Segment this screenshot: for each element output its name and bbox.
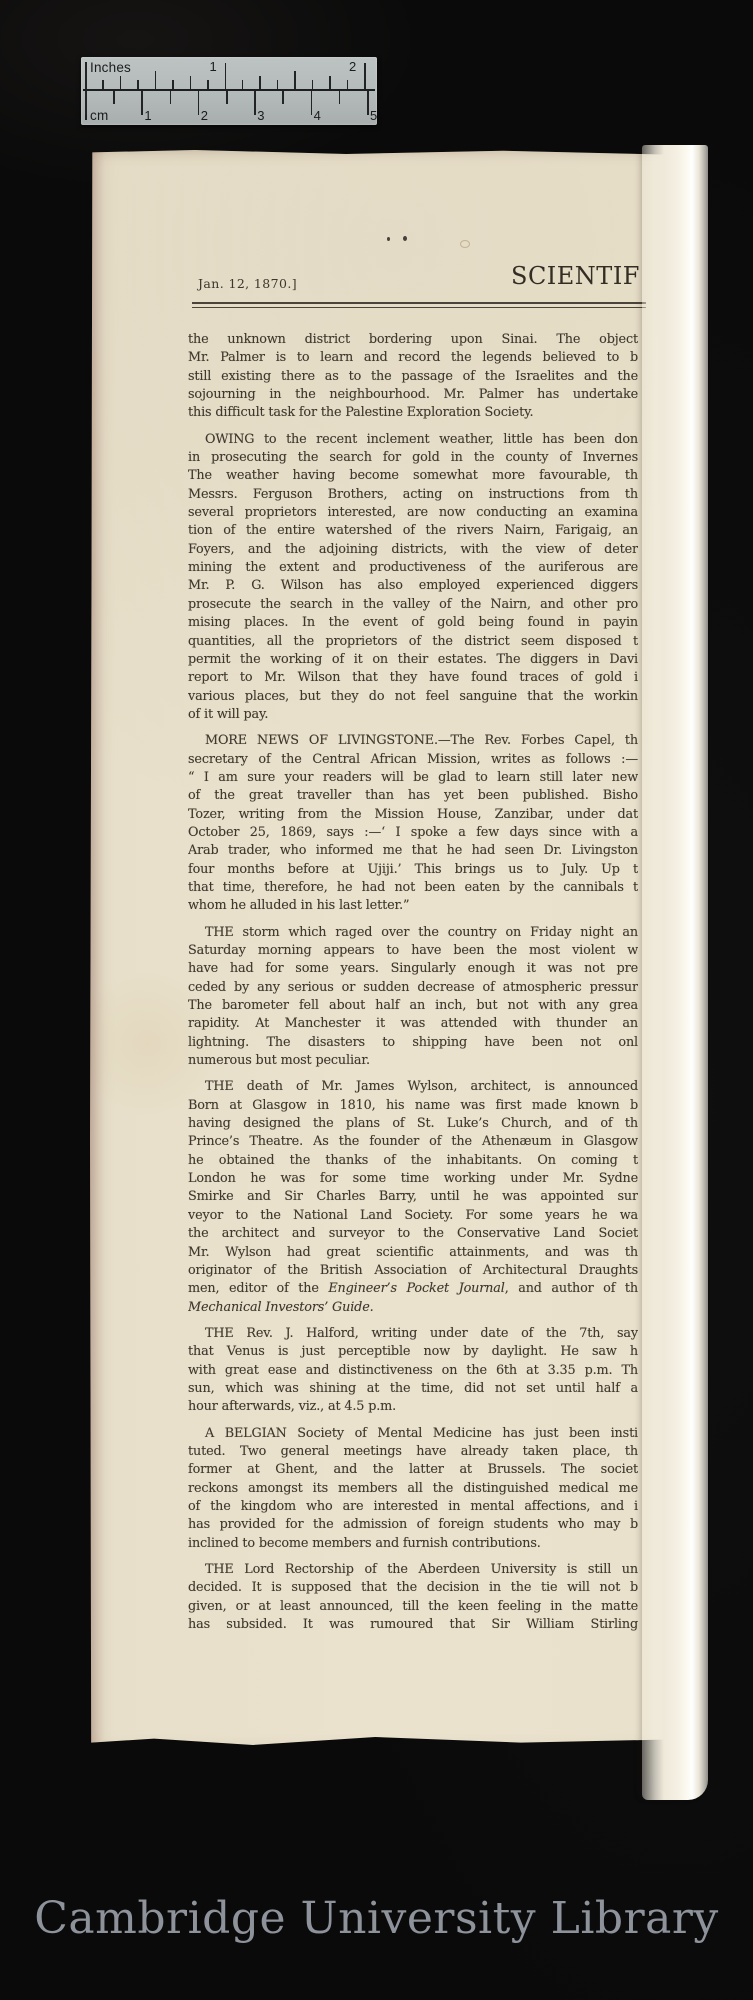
text-line: in prosecuting the search for gold in th…	[188, 449, 638, 467]
text-line: THE storm which raged over the country o…	[188, 924, 638, 942]
header-rule-top	[192, 302, 646, 304]
ruler-tick	[198, 91, 200, 115]
text-line: tuted. Two general meetings have already…	[188, 1443, 638, 1461]
text-line: hour afterwards, viz., at 4.5 p.m.	[188, 1398, 638, 1416]
paragraph: THE storm which raged over the country o…	[188, 924, 638, 1071]
text-line: inclined to become members and furnish c…	[188, 1535, 638, 1553]
text-line: he obtained the thanks of the inhabitant…	[188, 1152, 638, 1170]
text-line: Messrs. Ferguson Brothers, acting on ins…	[188, 486, 638, 504]
ruler-tick	[226, 91, 228, 104]
text-line: that time, therefore, he had not been ea…	[188, 879, 638, 897]
text-line: of the great traveller than has yet been…	[188, 787, 638, 805]
measurement-ruler: Inches 12 cm 12345	[81, 57, 377, 125]
text-line: several proprietors interested, are now …	[188, 504, 638, 522]
paragraph: THE death of Mr. James Wylson, architect…	[188, 1078, 638, 1316]
text-line: Arab trader, who informed me that he had…	[188, 842, 638, 860]
text-line: Foyers, and the adjoining districts, wit…	[188, 541, 638, 559]
ruler-inches-label: Inches	[90, 60, 131, 75]
text-line: MORE NEWS OF LIVINGSTONE.—The Rev. Forbe…	[188, 732, 638, 750]
text-line: four months before at Ujiji.’ This bring…	[188, 861, 638, 879]
text-line: decided. It is supposed that the decisio…	[188, 1579, 638, 1597]
ruler-tick	[254, 91, 256, 115]
text-line: men, editor of the Engineer’s Pocket Jou…	[188, 1280, 638, 1298]
ink-speck	[387, 237, 390, 241]
ruler-cm-ticks: cm 12345	[81, 91, 377, 125]
book-fore-edge	[642, 145, 708, 1800]
ruler-tick	[120, 76, 122, 89]
ruler-tick	[311, 91, 313, 115]
ruler-tick	[329, 76, 331, 89]
text-line: of the kingdom who are interested in men…	[188, 1498, 638, 1516]
text-line: Mr. Palmer is to learn and record the le…	[188, 349, 638, 367]
ruler-tick	[155, 71, 157, 89]
ruler-tick	[367, 91, 369, 115]
journal-masthead-title: SCIENTIF	[511, 262, 640, 290]
ruler-inch-number: 1	[210, 59, 217, 74]
ruler-tick	[85, 63, 87, 89]
text-line: reckons amongst its members all the dist…	[188, 1480, 638, 1498]
text-line: London he was for some time working unde…	[188, 1170, 638, 1188]
text-line: THE Rev. J. Halford, writing under date …	[188, 1325, 638, 1343]
text-line: Smirke and Sir Charles Barry, until he w…	[188, 1188, 638, 1206]
page-header-date: Jan. 12, 1870.]	[198, 276, 297, 291]
text-line: having designed the plans of St. Luke’s …	[188, 1115, 638, 1133]
ruler-cm-number: 1	[144, 108, 151, 123]
text-line: various places, but they do not feel san…	[188, 688, 638, 706]
ruler-tick	[113, 91, 115, 104]
text-line: ceded by any serious or sudden decrease …	[188, 979, 638, 997]
paragraph: THE Lord Rectorship of the Aberdeen Univ…	[188, 1561, 638, 1634]
text-line: October 25, 1869, says :—‘ I spoke a few…	[188, 824, 638, 842]
text-line: rapidity. At Manchester it was attended …	[188, 1015, 638, 1033]
text-line: numerous but most peculiar.	[188, 1052, 638, 1070]
text-segment: , and author of th	[505, 1281, 638, 1296]
text-line: whom he alluded in his last letter.”	[188, 897, 638, 915]
text-line: report to Mr. Wilson that they have foun…	[188, 669, 638, 687]
ruler-tick	[141, 91, 143, 115]
ruler-cm-number: 2	[201, 108, 208, 123]
text-line: secretary of the Central African Mission…	[188, 751, 638, 769]
text-line: sojourning in the neighbourhood. Mr. Pal…	[188, 386, 638, 404]
text-line: veyor to the National Land Society. For …	[188, 1207, 638, 1225]
paragraph: OWING to the recent inclement weather, l…	[188, 431, 638, 725]
text-line: has provided for the admission of foreig…	[188, 1516, 638, 1534]
text-line: mising places. In the event of gold bein…	[188, 614, 638, 632]
text-line: tion of the entire watershed of the rive…	[188, 522, 638, 540]
text-line: Saturday morning appears to have been th…	[188, 942, 638, 960]
ruler-tick	[225, 63, 227, 89]
text-line: permit the working of it on their estate…	[188, 651, 638, 669]
ruler-tick	[85, 91, 87, 115]
ruler-cm-number: 3	[257, 108, 264, 123]
text-line: Mechanical Investors’ Guide.	[188, 1299, 638, 1317]
text-line: THE Lord Rectorship of the Aberdeen Univ…	[188, 1561, 638, 1579]
text-line: has subsided. It was rumoured that Sir W…	[188, 1616, 638, 1634]
text-line: given, or at least announced, till the k…	[188, 1598, 638, 1616]
ruler-tick	[347, 80, 349, 89]
ruler-tick	[259, 76, 261, 89]
paragraph: THE Rev. J. Halford, writing under date …	[188, 1325, 638, 1417]
ruler-tick	[277, 80, 279, 89]
text-line: of it will pay.	[188, 706, 638, 724]
text-line: this difficult task for the Palestine Ex…	[188, 404, 638, 422]
text-line: the architect and surveyor to the Conser…	[188, 1225, 638, 1243]
paragraph: MORE NEWS OF LIVINGSTONE.—The Rev. Forbe…	[188, 732, 638, 915]
text-line: OWING to the recent inclement weather, l…	[188, 431, 638, 449]
text-segment: men, editor of the	[188, 1281, 328, 1296]
ruler-inch-ticks: Inches 12	[81, 57, 377, 90]
ruler-tick	[172, 80, 174, 89]
ruler-tick	[242, 80, 244, 89]
ruler-tick	[170, 91, 172, 104]
ruler-cm-number: 4	[314, 108, 321, 123]
paper-blemish	[460, 240, 470, 248]
text-line: have had for some years. Singularly enou…	[188, 960, 638, 978]
italic-text: Engineer’s Pocket Journal	[328, 1281, 504, 1296]
paragraph: the unknown district bordering upon Sina…	[188, 331, 638, 423]
library-watermark: Cambridge University Library	[0, 1893, 753, 1944]
ruler-tick	[339, 91, 341, 104]
text-line: The barometer fell about half an inch, b…	[188, 997, 638, 1015]
ruler-tick	[190, 76, 192, 89]
ruler-tick	[294, 71, 296, 89]
text-line: former at Ghent, and the latter at Bruss…	[188, 1461, 638, 1479]
paragraph: A BELGIAN Society of Mental Medicine has…	[188, 1425, 638, 1553]
article: the unknown district bordering upon Sina…	[188, 331, 638, 1634]
text-line: Mr. Wylson had great scientific attainme…	[188, 1244, 638, 1262]
ruler-tick	[137, 80, 139, 89]
ruler-tick	[282, 91, 284, 104]
text-line: with great ease and distinctiveness on t…	[188, 1362, 638, 1380]
ruler-cm-number: 5	[370, 108, 377, 123]
text-line: still existing there as to the passage o…	[188, 368, 638, 386]
text-line: Tozer, writing from the Mission House, Z…	[188, 806, 638, 824]
text-line: that Venus is just perceptible now by da…	[188, 1343, 638, 1361]
text-line: A BELGIAN Society of Mental Medicine has…	[188, 1425, 638, 1443]
italic-text: Mechanical Investors’ Guide.	[188, 1300, 374, 1315]
ruler-tick	[364, 63, 366, 89]
text-line: originator of the British Association of…	[188, 1262, 638, 1280]
text-line: Prince’s Theatre. As the founder of the …	[188, 1133, 638, 1151]
text-line: quantities, all the proprietors of the d…	[188, 633, 638, 651]
text-line: “ I am sure your readers will be glad to…	[188, 769, 638, 787]
ruler-tick	[312, 80, 314, 89]
text-line: Mr. P. G. Wilson has also employed exper…	[188, 577, 638, 595]
text-line: the unknown district bordering upon Sina…	[188, 331, 638, 349]
ink-speck	[403, 236, 407, 241]
ruler-tick	[102, 80, 104, 89]
text-line: THE death of Mr. James Wylson, architect…	[188, 1078, 638, 1096]
text-line: sun, which was shining at the time, did …	[188, 1380, 638, 1398]
text-line: Born at Glasgow in 1810, his name was fi…	[188, 1097, 638, 1115]
document-page: Jan. 12, 1870.] SCIENTIF the unknown dis…	[90, 150, 672, 1745]
ruler-inch-number: 2	[349, 59, 356, 74]
ruler-tick	[207, 80, 209, 89]
photo-background: Inches 12 cm 12345 Jan. 12, 1870.] SCIEN…	[0, 0, 753, 2000]
text-line: lightning. The disasters to shipping hav…	[188, 1034, 638, 1052]
ruler-cm-label: cm	[90, 108, 108, 123]
header-rule-bottom	[192, 307, 646, 308]
text-line: mining the extent and productiveness of …	[188, 559, 638, 577]
text-line: The weather having become somewhat more …	[188, 467, 638, 485]
text-line: prosecute the search in the valley of th…	[188, 596, 638, 614]
